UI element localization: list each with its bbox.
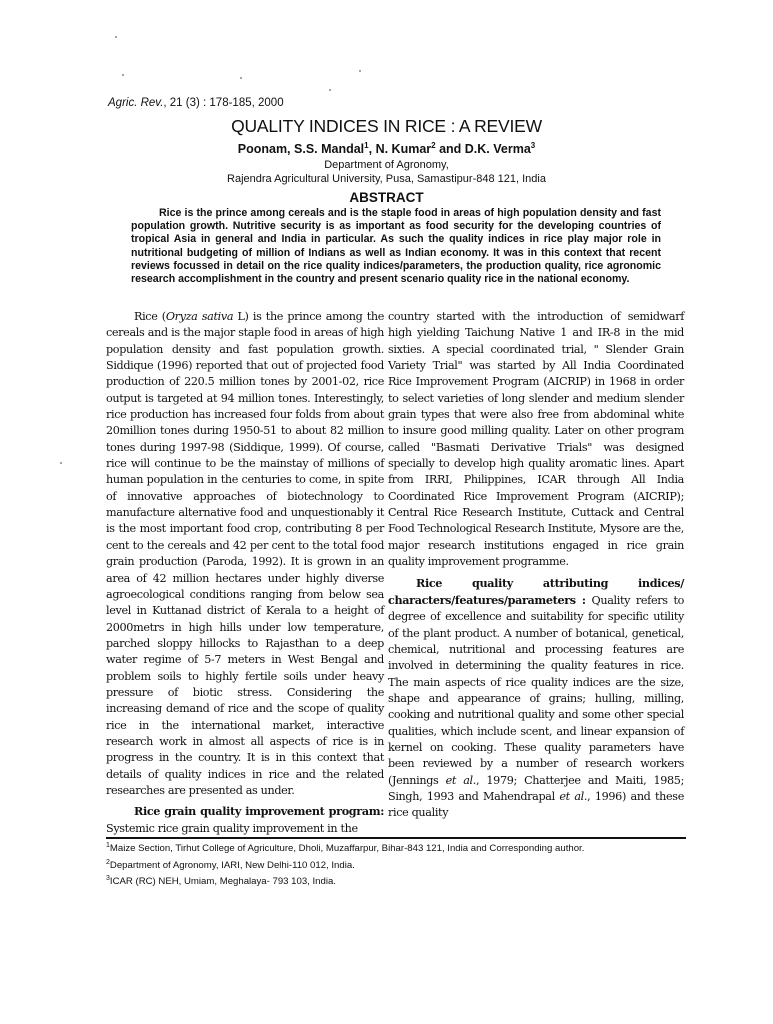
journal-citation: Agric. Rev., 21 (3) : 178-185, 2000	[108, 97, 284, 109]
footnote-1: 1Maize Section, Tirhut College of Agricu…	[106, 839, 696, 856]
scan-speck	[122, 74, 124, 76]
affiliation-university: Rajendra Agricultural University, Pusa, …	[0, 173, 773, 185]
scan-speck	[240, 77, 242, 79]
footnote-3: 3ICAR (RC) NEH, Umiam, Meghalaya- 793 10…	[106, 872, 696, 889]
paper-page: Agric. Rev., 21 (3) : 178-185, 2000 QUAL…	[0, 0, 773, 1024]
footnote-text: Maize Section, Tirhut College of Agricul…	[110, 843, 584, 854]
affiliation-department: Department of Agronomy,	[0, 159, 773, 171]
footnote-2: 2Department of Agronomy, IARI, New Delhi…	[106, 856, 696, 873]
footnote-text: Department of Agronomy, IARI, New Delhi-…	[110, 860, 355, 871]
section-heading: Rice grain quality improvement program:	[134, 804, 384, 818]
body-paragraph: Rice grain quality improvement program: …	[106, 803, 384, 837]
footnote-text: ICAR (RC) NEH, Umiam, Meghalaya- 793 103…	[110, 877, 336, 888]
body-paragraph: Rice quality attributing indices/ charac…	[388, 575, 684, 822]
scan-speck	[329, 89, 331, 91]
body-paragraph: Rice (Oryza sativa L) is the prince amon…	[106, 309, 384, 799]
author-2: , N. Kumar	[369, 142, 432, 156]
body-column-left: Rice (Oryza sativa L) is the prince amon…	[106, 309, 384, 837]
et-al: et al.	[559, 790, 587, 803]
scan-speck	[60, 462, 62, 464]
scan-speck	[115, 36, 117, 38]
author-3: and D.K. Verma	[436, 142, 531, 156]
footnotes: 1Maize Section, Tirhut College of Agricu…	[106, 839, 696, 889]
abstract-heading: ABSTRACT	[0, 190, 773, 205]
species-name: Oryza sativa	[166, 310, 233, 323]
scan-speck	[359, 70, 361, 72]
author-list: Poonam, S.S. Mandal1, N. Kumar2 and D.K.…	[0, 141, 773, 156]
author-1: Poonam, S.S. Mandal	[238, 142, 364, 156]
journal-abbrev: Agric. Rev.	[108, 97, 163, 109]
text-run: Rice (	[134, 310, 166, 323]
text-run: Systemic rice grain quality improvement …	[106, 822, 358, 835]
body-column-right: country started with the introduction of…	[388, 309, 684, 822]
et-al: et al.	[446, 774, 476, 787]
text-run: Quality refers to degree of excellence a…	[388, 594, 684, 787]
volume-issue-pages: , 21 (3) : 178-185, 2000	[163, 97, 283, 109]
abstract-text: Rice is the prince among cereals and is …	[131, 207, 661, 286]
text-run: L) is the prince among the cereals and i…	[106, 310, 384, 797]
body-paragraph: country started with the introduction of…	[388, 309, 684, 571]
paper-title: QUALITY INDICES IN RICE : A REVIEW	[0, 116, 773, 137]
author-3-sup: 3	[531, 141, 535, 150]
